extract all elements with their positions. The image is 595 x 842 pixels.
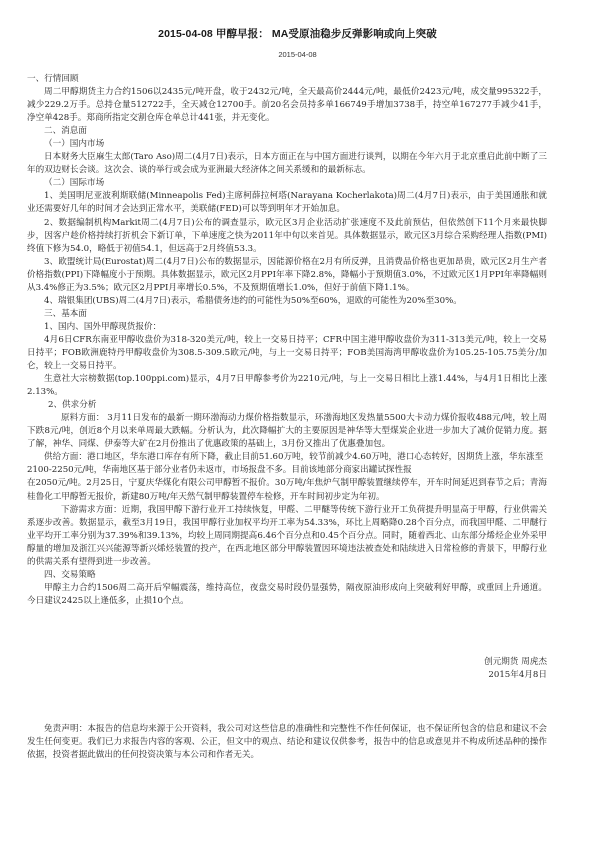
document-page: 2015-04-08 甲醇早报： MA受原油稳步反弹影响或向上突破 2015-0… [0,0,595,842]
supply-paragraph-line2: 在2050元/吨。2月25日，宁夏庆华煤化有限公司甲醇暂不报价。30万吨/年焦炉… [27,477,547,503]
document-date: 2015-04-08 [0,50,595,59]
international-news-item: 3、欧盟统计局(Eurostat)周二(4月7日)公布的数据显示，因能源价格在2… [27,256,547,295]
document-title: 2015-04-08 甲醇早报： MA受原油稳步反弹影响或向上突破 [0,26,595,41]
reference-price-paragraph: 生意社大宗榜数据(top.100ppi.com)显示，4月7日甲醇参考价为221… [27,373,547,399]
subheading-supply-demand: 2、供求分析 [27,399,547,412]
section-heading-strategy: 四、交易策略 [27,569,547,582]
document-body: 一、行情回顾 周二甲醇期货主力合约1506以2435元/吨开盘，收于2432元/… [27,73,547,608]
international-news-item: 1、美国明尼亚波利斯联储(Minneapolis Fed)主席柯薛拉柯塔(Nar… [27,190,547,216]
spot-prices-paragraph: 4月6日CFR东南亚甲醇收盘价为318-320美元/吨，较上一交易日持平；CFR… [27,334,547,373]
subheading-spot-prices: 1、国内、国外甲醇现货报价： [27,321,547,334]
subheading-domestic-market: （一）国内市场 [27,138,547,151]
signature-author: 创元期货 周虎杰 [27,656,547,669]
domestic-news-paragraph: 日本财务大臣麻生太郎(Taro Aso)周二(4月7日)表示，日本方面正在与中国… [27,151,547,177]
downstream-demand-paragraph: 下游需求方面：近期，我国甲醇下游行业开工持续恢复，甲醛、二甲醚等传统下游行业开工… [27,504,547,569]
raw-materials-paragraph: 原料方面： 3月11日发布的最新一期环渤海动力煤价格指数显示，环渤海地区发热量5… [27,412,547,451]
international-news-item: 2、数据编制机构Markit周二(4月7日)公布的调查显示，欧元区3月企业活动扩… [27,217,547,256]
section-heading-fundamentals: 三、基本面 [27,308,547,321]
subheading-international-market: （二）国际市场 [27,177,547,190]
section-heading-news: 二、消息面 [27,125,547,138]
signature-date: 2015年4月8日 [27,669,547,682]
section-heading-market-review: 一、行情回顾 [27,73,547,86]
supply-paragraph-line1: 供给方面：港口地区，华东港口库存有所下降，截止目前51.60万吨，较节前减少4.… [27,451,547,477]
disclaimer-paragraph: 免责声明：本报告的信息均来源于公开资料，我公司对这些信息的准确性和完整性不作任何… [27,723,547,762]
market-review-paragraph: 周二甲醇期货主力合约1506以2435元/吨开盘，收于2432元/吨，全天最高价… [27,86,547,125]
international-news-item: 4、瑞银集团(UBS)周二(4月7日)表示，希腊债务违约的可能性为50%至60%… [27,295,547,308]
strategy-paragraph: 甲醇主力合约1506周二高开后窄幅震荡，维持高位，夜盘交易时段仍显强势，隔夜原油… [27,582,547,608]
